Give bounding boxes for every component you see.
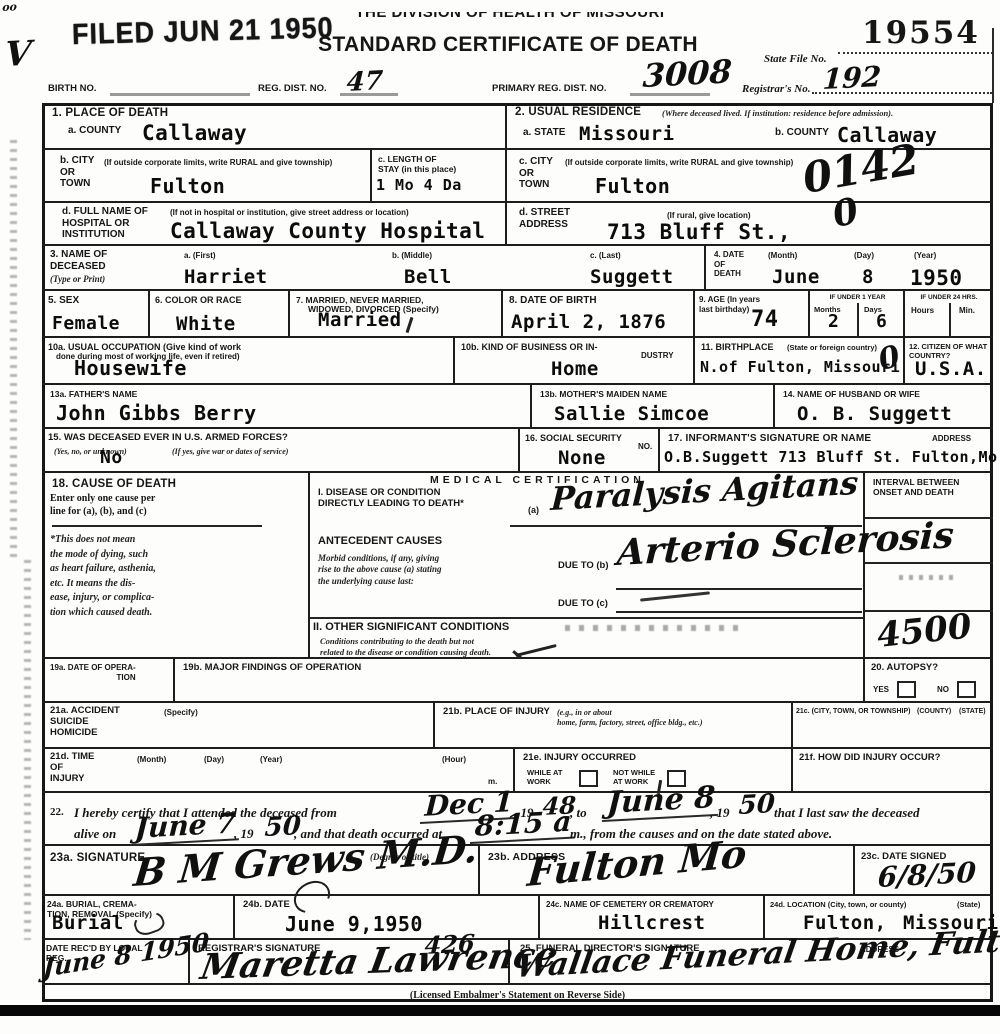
citizen-value: U.S.A.: [915, 360, 987, 379]
injury-state-label: (STATE): [959, 708, 986, 715]
spouse-name-cell: 14. NAME OF HUSBAND OR WIFE O. B. Sugget…: [775, 385, 993, 429]
division-header: THE DIVISION OF HEALTH OF MISSOURI: [300, 12, 720, 24]
armed-forces-value: No: [100, 449, 123, 467]
injury-time-cell: 21d. TIME OF INJURY (Month) (Day) (Year)…: [42, 749, 515, 793]
days-value: 6: [876, 313, 887, 331]
age-value: 74: [751, 309, 779, 331]
injury-place-note: (e.g., in or about home, farm, factory, …: [557, 708, 703, 728]
sex-cell: 5. SEX Female: [42, 291, 150, 338]
marital-status-cell: 7. MARRIED, NEVER MARRIED, WIDOWED, DIVO…: [290, 291, 503, 338]
other-conditions-note: Conditions contributing to the death but…: [320, 636, 491, 657]
months-value: 2: [828, 313, 839, 331]
place-of-death-section-label: 1. PLACE OF DEATH: [52, 107, 168, 120]
state-file-leader-line: [838, 52, 993, 54]
attended-to-year-handwritten: 50: [738, 791, 776, 819]
registrar-no-value: 192: [822, 63, 882, 94]
operation-date-cell: 19a. DATE OF OPERA- TION: [42, 659, 175, 703]
residence-county-label: b. COUNTY: [775, 127, 829, 139]
business-label: 10b. KIND OF BUSINESS OR IN-: [461, 342, 598, 352]
race-value: White: [176, 315, 236, 334]
dod-day-value: 8: [862, 268, 874, 287]
marital-value: Married: [318, 311, 402, 330]
city-of-death-value: Fulton: [150, 176, 225, 196]
death-certificate-scan: oo V FILED JUN 21 1950 THE DIVISION OF H…: [0, 0, 1000, 1034]
under-year-label: IF UNDER 1 YEAR: [810, 294, 905, 301]
checkmark-stroke: [512, 650, 522, 659]
cause-of-death-instructions-cell: 18. CAUSE OF DEATH Enter only one cause …: [42, 473, 310, 659]
division-header-text: THE DIVISION OF HEALTH OF MISSOURI: [300, 12, 720, 22]
city-of-death-note: (If outside corporate limits, write RURA…: [104, 158, 354, 168]
burial-date-value: June 9,1950: [285, 914, 423, 934]
hospital-label: d. FULL NAME OF HOSPITAL OR INSTITUTION: [62, 206, 148, 241]
date-of-birth-cell: 8. DATE OF BIRTH April 2, 1876: [503, 291, 695, 338]
deceased-name-sub: (Type or Print): [50, 274, 105, 285]
registrar-signature-handwritten: Maretta Lawrence: [198, 937, 560, 985]
embalmer-note: (Licensed Embalmer's Statement on Revers…: [410, 990, 625, 1001]
hospital-value: Callaway County Hospital: [170, 221, 485, 242]
primary-reg-blank-line: [630, 93, 710, 96]
date-signed-cell: 23c. DATE SIGNED 6/8/50: [855, 846, 993, 896]
fill-line-c: [616, 611, 862, 613]
injury-kind-label: 21a. ACCIDENT SUICIDE HOMICIDE: [50, 706, 120, 739]
county-of-death-value: Callaway: [142, 123, 247, 144]
fill-line-b: [616, 588, 862, 590]
injury-county-label: (COUNTY): [917, 708, 951, 715]
physician-address-cell: 23b. ADDRESS Fulton Mo: [480, 846, 855, 896]
disease-a-label: (a): [528, 505, 539, 516]
birth-no-blank-line: [110, 93, 250, 96]
city-of-death-cell: b. CITY OR TOWN (If outside corporate li…: [42, 150, 372, 203]
mother-name-label: 13b. MOTHER'S MAIDEN NAME: [540, 389, 667, 399]
armed-forces-cell: 15. WAS DECEASED EVER IN U.S. ARMED FORC…: [42, 429, 520, 473]
physician-signature-cell: 23a. SIGNATURE (Degree or title) B M Gre…: [42, 846, 480, 896]
cemetery-cell: 24c. NAME OF CEMETERY OR CREMATORY Hillc…: [540, 896, 765, 940]
occupation-label: 10a. USUAL OCCUPATION (Give kind of work: [48, 342, 241, 352]
page-edge-line: [992, 28, 994, 103]
antecedent-label: ANTECEDENT CAUSES: [318, 535, 442, 547]
ssn-label: 16. SOCIAL SECURITY: [525, 433, 622, 443]
street-address-cell: d. STREET ADDRESS (If rural, give locati…: [507, 203, 993, 246]
other-conditions-label: II. OTHER SIGNIFICANT CONDITIONS: [313, 621, 509, 633]
age-under-day-cell: IF UNDER 24 HRS. Hours Min.: [905, 291, 993, 338]
armed-forces-label: 15. WAS DECEASED EVER IN U.S. ARMED FORC…: [48, 433, 288, 444]
under-day-label: IF UNDER 24 HRS.: [905, 294, 993, 301]
last-seen-alive-date-handwritten: June 7: [130, 809, 240, 846]
certificate-title: STANDARD CERTIFICATE OF DEATH: [288, 33, 728, 56]
operation-findings-label: 19b. MAJOR FINDINGS OF OPERATION: [183, 663, 361, 674]
burial-date-label: 24b. DATE: [243, 900, 290, 911]
funeral-director-cell: 25. FUNERAL DIRECTOR'S SIGNATURE ADDRESS…: [510, 940, 993, 985]
hours-label: Hours: [911, 306, 934, 316]
residence-state-label: a. STATE: [523, 127, 565, 139]
injury-year-label: (Year): [260, 755, 282, 765]
business-value: Home: [551, 360, 599, 379]
place-of-death-cell: 1. PLACE OF DEATH a. COUNTY Callaway: [42, 103, 507, 150]
while-at-work-checkbox: [579, 770, 598, 787]
burial-value: Burial: [52, 914, 124, 933]
registrar-no-leader-line: [812, 92, 992, 94]
middle-name-label: b. (Middle): [392, 251, 432, 261]
injury-time-label: 21d. TIME OF INJURY: [50, 752, 94, 785]
residence-city-label: c. CITY OR TOWN: [519, 156, 553, 191]
injury-hour-label: (Hour): [442, 755, 466, 765]
attended-to-date-handwritten: June 8: [602, 783, 720, 822]
hospital-cell: d. FULL NAME OF HOSPITAL OR INSTITUTION …: [42, 203, 507, 246]
citizen-cell: 12. CITIZEN OF WHAT COUNTRY? U.S.A.: [905, 338, 993, 385]
dod-month-value: June: [772, 268, 820, 287]
ssn-cell: 16. SOCIAL SECURITY NO. None: [520, 429, 660, 473]
injury-city-cell: 21c. (CITY, TOWN, OR TOWNSHIP) (COUNTY) …: [793, 703, 993, 749]
mother-name-cell: 13b. MOTHER'S MAIDEN NAME Sallie Simcoe: [532, 385, 775, 429]
residence-city-cell: c. CITY OR TOWN (If outside corporate li…: [507, 150, 993, 203]
interval-label: INTERVAL BETWEEN ONSET AND DEATH: [873, 477, 959, 497]
antecedent-note: Morbid conditions, if any, giving rise t…: [318, 553, 442, 587]
injury-how-cell: 21f. HOW DID INJURY OCCUR?: [793, 749, 993, 793]
certify-text-7: , 19: [234, 826, 254, 843]
while-at-work-label: WHILE AT WORK: [527, 768, 562, 786]
dob-value: April 2, 1876: [511, 313, 666, 332]
first-name-label: a. (First): [184, 251, 216, 261]
armed-forces-note2: (If yes, give war or dates of service): [172, 447, 288, 457]
dod-day-label: (Day): [854, 251, 874, 261]
rule-line: [52, 525, 262, 527]
residence-state-value: Missouri: [579, 125, 675, 144]
occupation-value: Housewife: [74, 358, 187, 378]
ssn-value: None: [558, 449, 606, 468]
dod-year-value: 1950: [910, 268, 963, 289]
autopsy-no-label: NO: [937, 685, 949, 695]
length-of-stay-label: c. LENGTH OF STAY (in this place): [378, 154, 456, 174]
county-of-death-label: a. COUNTY: [68, 125, 121, 137]
reg-dist-blank-line: [340, 93, 398, 96]
race-label: 6. COLOR OR RACE: [155, 295, 242, 305]
death-time-handwritten: 8:15 a: [470, 807, 576, 844]
cause-section-label: 18. CAUSE OF DEATH: [52, 478, 176, 491]
operation-findings-cell: 19b. MAJOR FINDINGS OF OPERATION: [175, 659, 865, 703]
reg-dist-label: REG. DIST. NO.: [258, 84, 327, 95]
spouse-name-value: O. B. Suggett: [797, 405, 952, 424]
interval-cell: INTERVAL BETWEEN ONSET AND DEATH 4500: [865, 473, 993, 659]
hospital-note: (If not in hospital or institution, give…: [170, 208, 409, 218]
cause-footnote: *This does not mean the mode of dying, s…: [50, 533, 156, 620]
autopsy-label: 20. AUTOPSY?: [871, 663, 938, 674]
autopsy-yes-checkbox: [897, 681, 916, 698]
usual-residence-section-note: (Where deceased lived. If institution: r…: [662, 108, 987, 119]
cemetery-label: 24c. NAME OF CEMETERY OR CREMATORY: [546, 900, 714, 910]
rule-line: [865, 562, 993, 564]
burial-date-cell: 24b. DATE June 9,1950: [235, 896, 540, 940]
residence-city-value: Fulton: [595, 176, 670, 196]
margin-illegible-text: [10, 140, 17, 560]
interval-value-handwritten: 4500: [875, 609, 973, 653]
operation-date-label: 19a. DATE OF OPERA- TION: [50, 663, 136, 682]
length-of-stay-value: 1 Mo 4 Da: [376, 178, 462, 193]
injury-city-label: 21c. (CITY, TOWN, OR TOWNSHIP): [796, 708, 910, 715]
embalmer-note-row: (Licensed Embalmer's Statement on Revers…: [42, 985, 993, 1002]
birth-no-label: BIRTH NO.: [48, 84, 97, 95]
date-of-death-label: 4. DATE OF DEATH: [714, 250, 744, 279]
faint-illegible-marks: [565, 625, 745, 631]
injury-day-label: (Day): [204, 755, 224, 765]
ssn-no-label: NO.: [638, 442, 652, 452]
dob-label: 8. DATE OF BIRTH: [509, 295, 597, 307]
street-address-value: 713 Bluff St.,: [607, 222, 791, 243]
scan-edge-bar: [0, 1005, 1000, 1016]
middle-name-value: Bell: [404, 268, 452, 287]
injury-place-label: 21b. PLACE OF INJURY: [443, 707, 550, 718]
certification-cell: 22. I hereby certify that I attended the…: [42, 793, 993, 846]
occupation-cell: 10a. USUAL OCCUPATION (Give kind of work…: [42, 338, 455, 385]
birthplace-cell: 11. BIRTHPLACE (State or foreign country…: [695, 338, 905, 385]
sex-label: 5. SEX: [48, 295, 79, 307]
signature-label: 23a. SIGNATURE: [50, 852, 145, 865]
father-name-value: John Gibbs Berry: [56, 403, 257, 423]
minutes-label: Min.: [959, 306, 975, 316]
father-name-cell: 13a. FATHER'S NAME John Gibbs Berry: [42, 385, 532, 429]
deceased-name-cell: 3. NAME OF DECEASED (Type or Print) a. (…: [42, 246, 706, 291]
injury-place-cell: 21b. PLACE OF INJURY (e.g., in or about …: [435, 703, 793, 749]
cause-instruction: Enter only one cause per line for (a), (…: [50, 493, 155, 518]
disease-label: I. DISEASE OR CONDITION DIRECTLY LEADING…: [318, 488, 464, 510]
injury-how-label: 21f. HOW DID INJURY OCCUR?: [799, 753, 940, 764]
business-cell: 10b. KIND OF BUSINESS OR IN- DUSTRY Home: [455, 338, 695, 385]
certify-text-4: , 19: [710, 805, 730, 822]
due-b-label: DUE TO (b): [558, 561, 609, 572]
margin-checkmark: V: [4, 36, 32, 72]
autopsy-yes-label: YES: [873, 685, 889, 695]
age-under-year-cell: IF UNDER 1 YEAR Months 2 Days 6: [810, 291, 905, 338]
date-received-cell: DATE REC'D BY LOCAL REG. June 8 1950: [42, 940, 190, 985]
injury-occurred-label: 21e. INJURY OCCURRED: [523, 753, 636, 764]
faint-illegible-marks: [899, 575, 959, 580]
primary-reg-dist-value: 3008: [642, 55, 733, 92]
street-address-label: d. STREET ADDRESS: [519, 207, 570, 230]
mother-name-value: Sallie Simcoe: [554, 405, 709, 424]
certify-text-6: alive on: [74, 826, 116, 843]
first-name-value: Harriet: [184, 268, 268, 287]
primary-reg-dist-label: PRIMARY REG. DIST. NO.: [492, 84, 607, 95]
registrar-signature-cell: REGISTRAR'S SIGNATURE 426 Maretta Lawren…: [190, 940, 510, 985]
due-c-label: DUE TO (c): [558, 599, 608, 610]
scan-artifact: [640, 591, 710, 601]
rule-line: [310, 617, 865, 619]
injury-month-label: (Month): [137, 755, 166, 765]
last-name-label: c. (Last): [590, 251, 621, 261]
cell-divider: [857, 303, 859, 338]
cemetery-value: Hillcrest: [598, 914, 705, 933]
medical-certification-cell: MEDICAL CERTIFICATION I. DISEASE OR COND…: [310, 473, 865, 659]
cell-divider: [949, 303, 951, 338]
informant-label: 17. INFORMANT'S SIGNATURE OR NAME: [668, 433, 871, 444]
state-file-label: State File No.: [764, 54, 827, 65]
margin-illegible-text: [24, 560, 31, 940]
length-of-stay-cell: c. LENGTH OF STAY (in this place) 1 Mo 4…: [372, 150, 507, 203]
birthplace-value: N.of Fulton, Missouri: [700, 360, 900, 375]
dod-year-label: (Year): [914, 251, 936, 261]
certify-text-5: that I last saw the deceased: [774, 805, 920, 822]
informant-address-label: ADDRESS: [932, 434, 971, 444]
deceased-name-label: 3. NAME OF DECEASED: [50, 249, 107, 272]
date-signed-handwritten: 6/8/50: [877, 859, 977, 892]
age-cell: 9. AGE (In years last birthday) 74: [695, 291, 810, 338]
injury-kind-cell: 21a. ACCIDENT SUICIDE HOMICIDE (Specify): [42, 703, 435, 749]
autopsy-cell: 20. AUTOPSY? YES NO: [865, 659, 993, 703]
burial-location-state-label: (State): [957, 900, 980, 909]
usual-residence-cell: 2. USUAL RESIDENCE (Where deceased lived…: [507, 103, 993, 150]
birthplace-label: 11. BIRTHPLACE: [701, 342, 774, 352]
birthplace-note: (State or foreign country): [787, 343, 877, 352]
sex-value: Female: [52, 315, 120, 333]
reg-dist-value: 47: [346, 68, 384, 96]
father-name-label: 13a. FATHER'S NAME: [50, 389, 137, 399]
race-cell: 6. COLOR OR RACE White: [150, 291, 290, 338]
usual-residence-section-label: 2. USUAL RESIDENCE: [515, 106, 641, 119]
residence-city-note: (If outside corporate limits, write RURA…: [565, 158, 793, 168]
spouse-name-label: 14. NAME OF HUSBAND OR WIFE: [783, 389, 920, 399]
date-of-death-cell: 4. DATE OF DEATH (Month) (Day) (Year) Ju…: [706, 246, 993, 291]
dod-month-label: (Month): [768, 251, 797, 261]
scan-artifact: [406, 317, 414, 333]
business-label2: DUSTRY: [641, 351, 674, 361]
checkmark-stroke: [515, 644, 556, 657]
rule-line: [865, 517, 993, 519]
injury-kind-note: (Specify): [164, 708, 198, 718]
last-name-value: Suggett: [590, 268, 674, 287]
burial-location-label: 24d. LOCATION (City, town, or county): [770, 900, 906, 909]
informant-value: O.B.Suggett 713 Bluff St. Fulton,Mo: [664, 450, 998, 465]
state-file-number: 19554: [862, 18, 980, 49]
autopsy-no-checkbox: [957, 681, 976, 698]
registrar-no-label: Registrar's No.: [742, 84, 810, 95]
margin-mark: oo: [2, 1, 17, 13]
certify-number: 22.: [50, 805, 64, 819]
city-of-death-label: b. CITY OR TOWN: [60, 155, 94, 190]
